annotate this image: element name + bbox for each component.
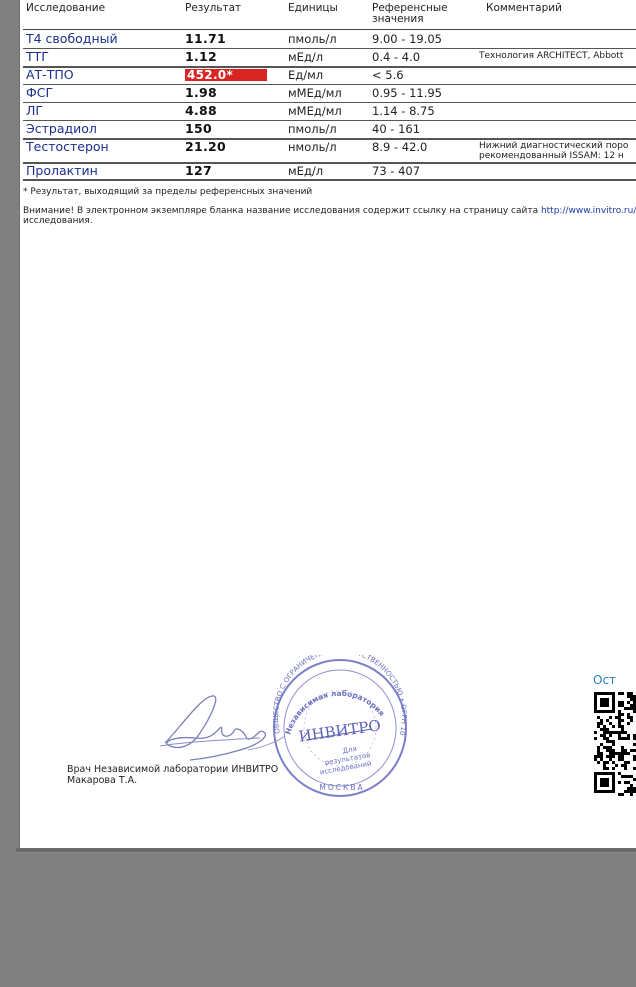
table-row: Т4 свободный11.71пмоль/л9.00 - 19.05 (23, 30, 636, 48)
comment-line1: Технология ARCHITECT, Abbott (479, 51, 623, 61)
test-name-link[interactable]: ТТГ (26, 50, 49, 64)
warning-text-line2: исследования. (23, 216, 93, 226)
header-reference-line2: значения (372, 13, 424, 25)
comment-line1: Нижний диагностический поро (479, 141, 628, 151)
invitro-link[interactable]: http://www.invitro.ru/ (541, 206, 636, 216)
test-name-link[interactable]: ЛГ (26, 104, 43, 118)
svg-text:МОСКВА: МОСКВА (319, 783, 364, 792)
header-units: Единицы (288, 3, 338, 14)
result-value: 127 (185, 164, 212, 178)
test-name-link[interactable]: Пролактин (26, 164, 98, 178)
units: мМЕд/мл (288, 86, 342, 100)
result-value: 1.12 (185, 50, 217, 64)
table-row: ЛГ4.88мМЕд/мл1.14 - 8.75 (23, 102, 636, 120)
table-bottom-border (23, 179, 636, 181)
units: мЕд/л (288, 164, 323, 178)
doctor-title: Врач Независимой лаборатории ИНВИТРО (67, 764, 278, 775)
test-name-link[interactable]: ФСГ (26, 86, 53, 100)
test-name-link[interactable]: АТ-ТПО (26, 68, 74, 82)
page-edge (16, 848, 636, 853)
table-row: Пролактин127мЕд/л73 - 407 (23, 162, 636, 180)
header-test: Исследование (26, 3, 105, 14)
result-value: 11.71 (185, 32, 226, 46)
warning-text: Внимание! В электронном экземпляре бланк… (23, 206, 541, 216)
row-divider (23, 162, 636, 164)
doctor-name: Макарова Т.А. (67, 775, 278, 786)
result-value: 4.88 (185, 104, 217, 118)
warning-note: Внимание! В электронном экземпляре бланк… (23, 206, 636, 226)
header-comment: Комментарий (486, 3, 562, 14)
reference-range: 8.9 - 42.0 (372, 140, 427, 154)
footnote: * Результат, выходящий за пределы рефере… (23, 187, 312, 197)
reference-range: 40 - 161 (372, 122, 420, 136)
row-divider (23, 29, 636, 30)
table-row: АТ-ТПО452.0*Ед/мл< 5.6 (23, 66, 636, 84)
comment-line2: рекомендованный ISSAM: 12 н (479, 151, 628, 161)
reference-range: < 5.6 (372, 68, 404, 82)
qr-code-icon[interactable] (594, 692, 636, 796)
test-name-link[interactable]: Т4 свободный (26, 32, 118, 46)
units: Ед/мл (288, 68, 323, 82)
reference-range: 9.00 - 19.05 (372, 32, 442, 46)
result-value: 1.98 (185, 86, 217, 100)
reference-range: 73 - 407 (372, 164, 420, 178)
units: мМЕд/мл (288, 104, 342, 118)
units: нмоль/л (288, 140, 337, 154)
result-value-flagged: 452.0* (185, 69, 267, 81)
result-value: 21.20 (185, 140, 226, 154)
table-row: ФСГ1.98мМЕд/мл0.95 - 11.95 (23, 84, 636, 102)
row-divider (23, 48, 636, 49)
header-reference: Референсные значения (372, 3, 448, 25)
table-row: Эстрадиол150пмоль/л40 - 161 (23, 120, 636, 138)
doctor-signature-block: Врач Независимой лаборатории ИНВИТРО Мак… (67, 764, 278, 786)
row-divider (23, 102, 636, 103)
reference-range: 0.95 - 11.95 (372, 86, 442, 100)
row-divider (23, 120, 636, 121)
stamp-icon: ОБЩЕСТВО С ОГРАНИЧЕННОЙ ОТВЕТСТВЕННОСТЬЮ… (262, 655, 418, 801)
test-name-link[interactable]: Тестостерон (26, 140, 109, 154)
comment: Технология ARCHITECT, Abbott (479, 51, 623, 61)
header-result: Результат (185, 3, 241, 14)
result-value: 150 (185, 122, 212, 136)
reference-range: 1.14 - 8.75 (372, 104, 435, 118)
reference-range: 0.4 - 4.0 (372, 50, 420, 64)
table-row: Тестостерон21.20нмоль/л8.9 - 42.0Нижний … (23, 138, 636, 162)
test-name-link[interactable]: Эстрадиол (26, 122, 97, 136)
row-divider (23, 84, 636, 85)
comment: Нижний диагностический порорекомендованн… (479, 141, 628, 161)
svg-text:ИНВИТРО: ИНВИТРО (298, 716, 382, 745)
units: мЕд/л (288, 50, 323, 64)
table-row: ТТГ1.12мЕд/л0.4 - 4.0Технология ARCHITEC… (23, 48, 636, 66)
row-divider (23, 66, 636, 68)
units: пмоль/л (288, 32, 337, 46)
qr-label: Ост (593, 673, 616, 687)
units: пмоль/л (288, 122, 337, 136)
